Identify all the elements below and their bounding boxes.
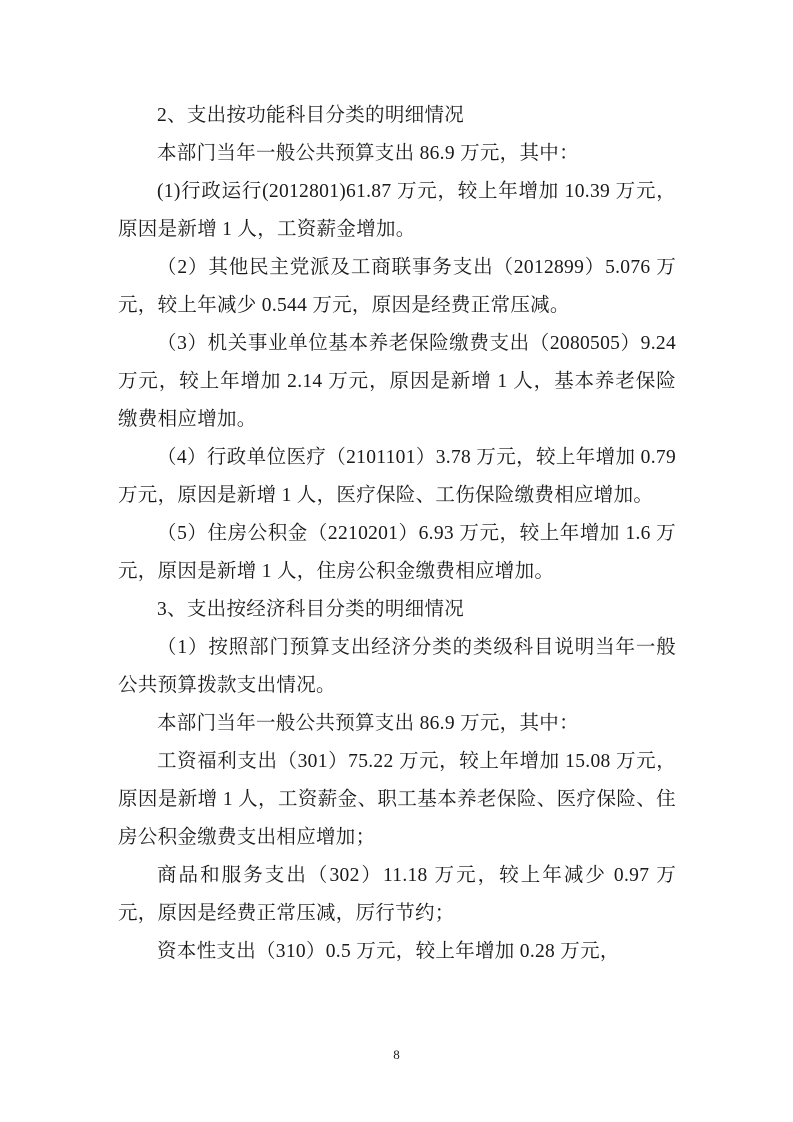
paragraph-item-3: （3）机关事业单位基本养老保险缴费支出（2080505）9.24 万元，较上年增… <box>118 325 676 439</box>
paragraph-total-budget: 本部门当年一般公共预算支出 86.9 万元，其中： <box>118 135 676 173</box>
paragraph-total-budget-2: 本部门当年一般公共预算支出 86.9 万元，其中： <box>118 705 676 743</box>
paragraph-econ-item-302: 商品和服务支出（302）11.18 万元，较上年减少 0.97 万元，原因是经费… <box>118 857 676 933</box>
paragraph-item-5: （5）住房公积金（2210201）6.93 万元，较上年增加 1.6 万元，原因… <box>118 515 676 591</box>
paragraph-econ-item-301: 工资福利支出（301）75.22 万元，较上年增加 15.08 万元，原因是新增… <box>118 743 676 857</box>
paragraph-item-4: （4）行政单位医疗（2101101）3.78 万元，较上年增加 0.79 万元，… <box>118 439 676 515</box>
document-body: 2、支出按功能科目分类的明细情况 本部门当年一般公共预算支出 86.9 万元，其… <box>118 97 676 971</box>
paragraph-econ-intro: （1）按照部门预算支出经济分类的类级科目说明当年一般公共预算拨款支出情况。 <box>118 629 676 705</box>
page-footer: 8 <box>0 1046 793 1064</box>
document-page: 2、支出按功能科目分类的明细情况 本部门当年一般公共预算支出 86.9 万元，其… <box>0 0 793 1122</box>
paragraph-section-heading-2: 3、支出按经济科目分类的明细情况 <box>118 591 676 629</box>
page-number: 8 <box>393 1047 400 1062</box>
paragraph-econ-item-310: 资本性支出（310）0.5 万元，较上年增加 0.28 万元， <box>118 933 676 971</box>
paragraph-item-1: (1)行政运行(2012801)61.87 万元，较上年增加 10.39 万元，… <box>118 173 676 249</box>
paragraph-section-heading: 2、支出按功能科目分类的明细情况 <box>118 97 676 135</box>
paragraph-item-2: （2）其他民主党派及工商联事务支出（2012899）5.076 万元，较上年减少… <box>118 249 676 325</box>
